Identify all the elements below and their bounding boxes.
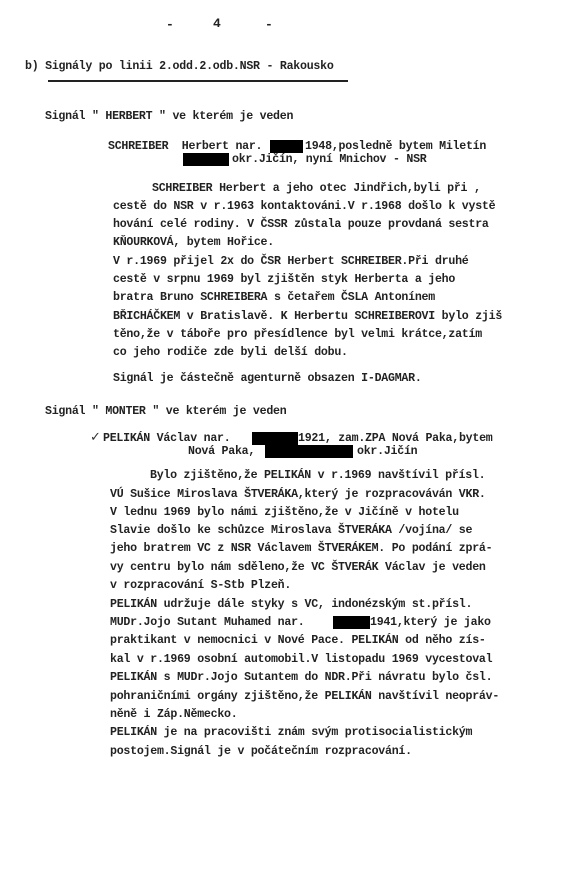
herbert-p2-line: těno,že v táboře pro přesídlence byl vel… xyxy=(113,328,482,342)
section-heading: b) Signály po linii 2.odd.2.odb.NSR - Ra… xyxy=(25,60,334,74)
monter-p1-line: praktikant v nemocnici v Nové Pace. PELI… xyxy=(110,634,486,648)
monter-p1-line: postojem.Signál je v počátečním rozpraco… xyxy=(110,745,412,759)
monter-p1-line: PELIKÁN udržuje dále styky s VC, indonéz… xyxy=(110,598,472,612)
herbert-p2-line: BŘICHÁČKEM v Bratislavě. K Herbertu SCHR… xyxy=(113,310,502,324)
monter-p1-line: PELIKÁN s MUDr.Jojo Sutantem do NDR.Při … xyxy=(110,671,492,685)
herbert-p1-line: cestě do NSR v r.1963 kontaktováni.V r.1… xyxy=(113,200,495,214)
monter-p1-line: jeho bratrem VC z NSR Václavem ŠTVERÁKEM… xyxy=(110,542,492,556)
herbert-person-line-1b: 1948,posledně bytem Miletín xyxy=(305,140,486,154)
monter-person-line-2: Nová Paka, xyxy=(188,445,255,459)
monter-p1-line: Slavie došlo ke schůzce Miroslava ŠTVERÁ… xyxy=(110,524,472,538)
herbert-p2-line: cestě v srpnu 1969 byl zjištěn styk Herb… xyxy=(113,273,455,287)
herbert-p1-line: SCHREIBER Herbert a jeho otec Jindřich,b… xyxy=(152,182,481,196)
redaction-block xyxy=(265,445,353,458)
herbert-p2-line: V r.1969 přijel 2x do ČSR Herbert SCHREI… xyxy=(113,255,469,269)
page-number: 4 xyxy=(213,17,221,31)
herbert-person-line-1: SCHREIBER Herbert nar. xyxy=(108,140,262,154)
signal-monter-title: Signál " MONTER " ve kterém je veden xyxy=(45,405,286,419)
redaction-block xyxy=(270,140,303,153)
monter-p1-line: VÚ Sušice Miroslava ŠTVERÁKA,který je ro… xyxy=(110,488,486,502)
monter-p1-line: pohraničními orgány zjištěno,že PELIKÁN … xyxy=(110,690,499,704)
monter-person-line-1: PELIKÁN Václav nar. xyxy=(103,432,230,446)
monter-mudr-line-tail: 1941,který je jako xyxy=(370,616,491,630)
heading-underline xyxy=(48,80,348,82)
monter-p1-line: V lednu 1969 bylo námi zjištěno,že v Jič… xyxy=(110,506,459,520)
redaction-block xyxy=(252,432,298,445)
document-page: - 4 - b) Signály po linii 2.odd.2.odb.NS… xyxy=(0,0,566,870)
herbert-p1-line: KŇOURKOVÁ, bytem Hořice. xyxy=(113,236,274,250)
monter-person-line-1b: 1921, zam.ZPA Nová Paka,bytem xyxy=(298,432,493,446)
checkmark-icon: ✓ xyxy=(90,430,101,445)
monter-p1-line: v rozpracování S-Stb Plzeň. xyxy=(110,579,291,593)
redaction-block xyxy=(333,616,370,629)
herbert-coverage: Signál je částečně agenturně obsazen I-D… xyxy=(113,372,422,386)
monter-p1-line: vy centru bylo nám sděleno,že VC ŠTVERÁK… xyxy=(110,561,486,575)
monter-p1-line: MUDr.Jojo Sutant Muhamed nar. xyxy=(110,616,305,630)
page-dash-right: - xyxy=(265,18,273,32)
herbert-p1-line: hování celé rodiny. V ČSSR zůstala pouze… xyxy=(113,218,489,232)
monter-p1-line: kal v r.1969 osobní automobil.V listopad… xyxy=(110,653,492,667)
herbert-person-line-2: okr.Jičín, nyní Mnichov - NSR xyxy=(232,153,427,167)
monter-p1-line: PELIKÁN je na pracovišti znám svým proti… xyxy=(110,726,472,740)
monter-person-line-2b: okr.Jičín xyxy=(357,445,417,459)
redaction-block xyxy=(183,153,229,166)
page-dash-left: - xyxy=(166,18,174,32)
signal-herbert-title: Signál " HERBERT " ve kterém je veden xyxy=(45,110,293,124)
herbert-p2-line: bratra Bruno SCHREIBERA s četařem ČSLA A… xyxy=(113,291,435,305)
monter-p1-line: Bylo zjištěno,že PELIKÁN v r.1969 navští… xyxy=(150,469,485,483)
monter-p1-line: něně i Záp.Německo. xyxy=(110,708,237,722)
herbert-p2-line: co jeho rodiče zde byli delší dobu. xyxy=(113,346,348,360)
